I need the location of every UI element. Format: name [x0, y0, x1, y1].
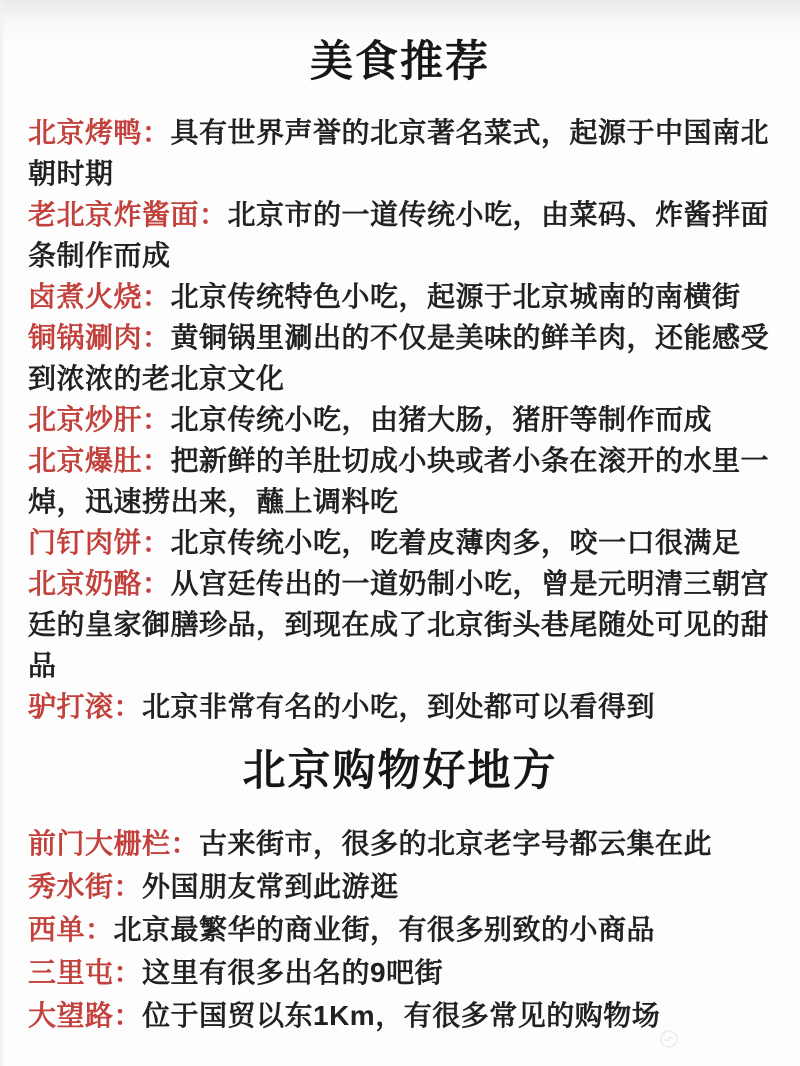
shopping-item-label: 三里屯：	[28, 957, 142, 988]
food-item: 北京炒肝：北京传统小吃，由猪大肠，猪肝等制作而成	[28, 399, 772, 440]
food-item-label: 北京烤鸭：	[28, 117, 171, 148]
food-item-desc: 北京传统特色小吃，起源于北京城南的南横街	[171, 281, 741, 312]
food-item-desc: 北京非常有名的小吃，到处都可以看得到	[142, 691, 655, 722]
food-section-title: 美食推荐	[28, 34, 772, 90]
food-item: 铜锅涮肉：黄铜锅里涮出的不仅是美味的鲜羊肉，还能感受到浓浓的老北京文化	[28, 317, 772, 399]
food-item-label: 北京奶酪：	[28, 568, 171, 599]
shopping-item: 西单：北京最繁华的商业街，有很多别致的小商品	[28, 909, 772, 950]
food-item-desc: 北京传统小吃，吃着皮薄肉多，咬一口很满足	[171, 527, 741, 558]
page-content: 美食推荐 北京烤鸭：具有世界声誉的北京著名菜式，起源于中国南北朝时期 老北京炸酱…	[0, 34, 800, 1036]
shopping-item-label: 西单：	[28, 914, 114, 945]
food-item-label: 铜锅涮肉：	[28, 322, 171, 353]
food-item: 门钉肉饼：北京传统小吃，吃着皮薄肉多，咬一口很满足	[28, 522, 772, 563]
shopping-item-label: 秀水街：	[28, 871, 142, 902]
food-item: 北京爆肚：把新鲜的羊肚切成小块或者小条在滚开的水里一焯，迅速捞出来，蘸上调料吃	[28, 440, 772, 522]
food-item-list: 北京烤鸭：具有世界声誉的北京著名菜式，起源于中国南北朝时期 老北京炸酱面：北京市…	[28, 112, 772, 727]
food-item: 北京奶酪：从宫廷传出的一道奶制小吃，曾是元明清三朝宫廷的皇家御膳珍品，到现在成了…	[28, 563, 772, 686]
food-item-label: 北京爆肚：	[28, 445, 171, 476]
food-item-label: 驴打滚：	[28, 691, 142, 722]
shopping-item: 三里屯：这里有很多出名的9吧街	[28, 952, 772, 993]
shopping-item-label: 前门大栅栏：	[28, 828, 199, 859]
food-item: 驴打滚：北京非常有名的小吃，到处都可以看得到	[28, 686, 772, 727]
shopping-item-desc: 位于国贸以东1Km，有很多常见的购物场	[142, 1000, 660, 1031]
shopping-item: 秀水街：外国朋友常到此游逛	[28, 866, 772, 907]
food-item: 卤煮火烧：北京传统特色小吃，起源于北京城南的南横街	[28, 276, 772, 317]
shopping-item: 前门大栅栏：古来街市，很多的北京老字号都云集在此	[28, 823, 772, 864]
shopping-section-title: 北京购物好地方	[28, 743, 772, 799]
food-item: 老北京炸酱面：北京市的一道传统小吃，由菜码、炸酱拌面条制作而成	[28, 194, 772, 276]
food-item-label: 卤煮火烧：	[28, 281, 171, 312]
shopping-item-desc: 古来街市，很多的北京老字号都云集在此	[199, 828, 712, 859]
shopping-item-desc: 外国朋友常到此游逛	[142, 871, 399, 902]
food-item-label: 老北京炸酱面：	[28, 199, 228, 230]
food-item: 北京烤鸭：具有世界声誉的北京著名菜式，起源于中国南北朝时期	[28, 112, 772, 194]
food-item-label: 门钉肉饼：	[28, 527, 171, 558]
food-item-desc: 北京传统小吃，由猪大肠，猪肝等制作而成	[171, 404, 713, 435]
shopping-item-list: 前门大栅栏：古来街市，很多的北京老字号都云集在此 秀水街：外国朋友常到此游逛 西…	[28, 823, 772, 1036]
shopping-item-desc: 这里有很多出名的9吧街	[142, 957, 443, 988]
faint-watermark-icon	[658, 1028, 680, 1050]
shopping-item-label: 大望路：	[28, 1000, 142, 1031]
shopping-item-desc: 北京最繁华的商业街，有很多别致的小商品	[114, 914, 656, 945]
food-item-label: 北京炒肝：	[28, 404, 171, 435]
